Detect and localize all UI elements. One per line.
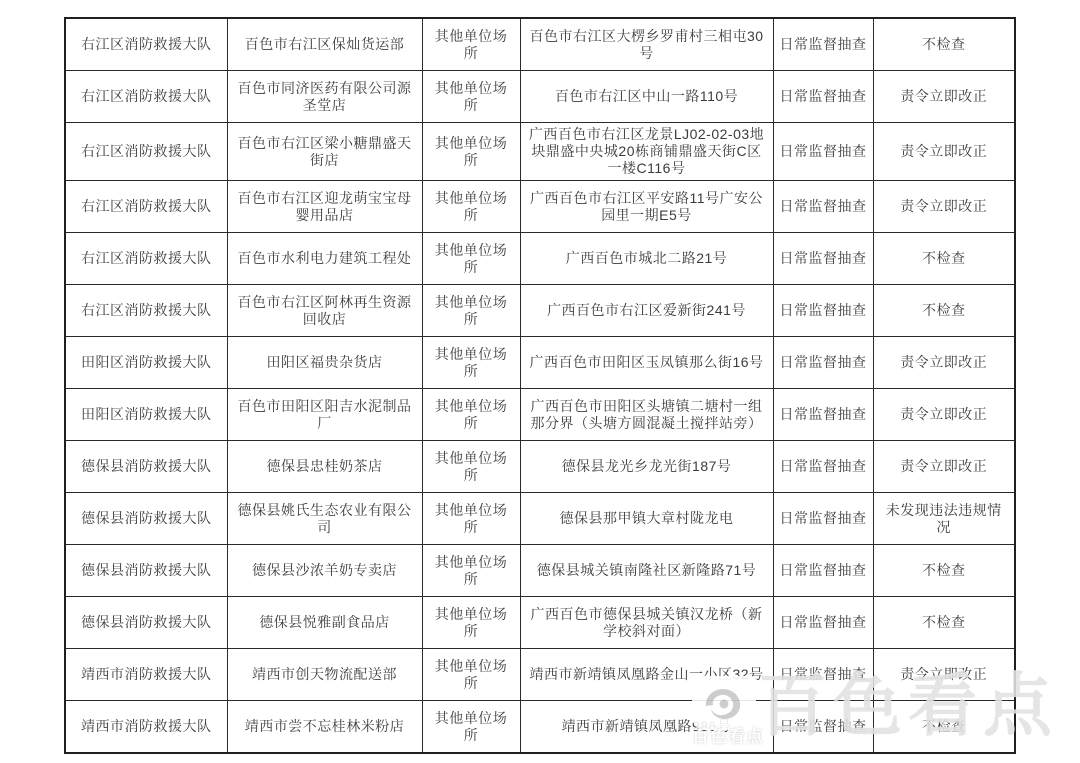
cell-company: 德保县忠桂奶茶店 (227, 441, 422, 493)
table-row: 右江区消防救援大队 百色市右江区阿林再生资源回收店 其他单位场所 广西百色市右江… (65, 285, 1015, 337)
cell-result: 不检查 (873, 701, 1015, 754)
cell-brigade: 右江区消防救援大队 (65, 18, 227, 71)
cell-check-type: 日常监督抽查 (773, 545, 873, 597)
cell-result: 责令立即改正 (873, 71, 1015, 123)
cell-result: 不检查 (873, 597, 1015, 649)
cell-result: 责令立即改正 (873, 441, 1015, 493)
cell-brigade: 德保县消防救援大队 (65, 493, 227, 545)
cell-result: 未发现违法违规情况 (873, 493, 1015, 545)
inspection-table-body: 右江区消防救援大队 百色市右江区保灿货运部 其他单位场所 百色市右江区大楞乡罗甫… (65, 18, 1015, 753)
cell-company: 百色市右江区梁小糖鼎盛天街店 (227, 123, 422, 181)
cell-check-type: 日常监督抽查 (773, 597, 873, 649)
cell-address: 广西百色市右江区龙景LJ02-02-03地块鼎盛中央城20栋商铺鼎盛天街C区一楼… (520, 123, 773, 181)
cell-address: 德保县龙光乡龙光街187号 (520, 441, 773, 493)
cell-company: 德保县悦雅副食品店 (227, 597, 422, 649)
cell-company: 德保县沙浓羊奶专卖店 (227, 545, 422, 597)
table-row: 右江区消防救援大队 百色市右江区保灿货运部 其他单位场所 百色市右江区大楞乡罗甫… (65, 18, 1015, 71)
cell-brigade: 右江区消防救援大队 (65, 181, 227, 233)
cell-brigade: 田阳区消防救援大队 (65, 337, 227, 389)
cell-place-type: 其他单位场所 (422, 233, 520, 285)
cell-brigade: 田阳区消防救援大队 (65, 389, 227, 441)
cell-company: 靖西市创天物流配送部 (227, 649, 422, 701)
fire-inspection-table: 右江区消防救援大队 百色市右江区保灿货运部 其他单位场所 百色市右江区大楞乡罗甫… (64, 17, 1016, 754)
table-row: 德保县消防救援大队 德保县悦雅副食品店 其他单位场所 广西百色市德保县城关镇汉龙… (65, 597, 1015, 649)
cell-place-type: 其他单位场所 (422, 441, 520, 493)
cell-result: 不检查 (873, 285, 1015, 337)
cell-check-type: 日常监督抽查 (773, 441, 873, 493)
cell-result: 责令立即改正 (873, 123, 1015, 181)
cell-result: 不检查 (873, 233, 1015, 285)
cell-company: 百色市右江区迎龙萌宝宝母婴用品店 (227, 181, 422, 233)
cell-check-type: 日常监督抽查 (773, 337, 873, 389)
cell-place-type: 其他单位场所 (422, 545, 520, 597)
cell-brigade: 靖西市消防救援大队 (65, 701, 227, 754)
cell-check-type: 日常监督抽查 (773, 181, 873, 233)
cell-brigade: 德保县消防救援大队 (65, 545, 227, 597)
cell-brigade: 靖西市消防救援大队 (65, 649, 227, 701)
cell-place-type: 其他单位场所 (422, 337, 520, 389)
cell-company: 百色市同济医药有限公司源圣堂店 (227, 71, 422, 123)
table-row: 靖西市消防救援大队 靖西市尝不忘桂林米粉店 其他单位场所 靖西市新靖镇凤凰路98… (65, 701, 1015, 754)
cell-address: 广西百色市城北二路21号 (520, 233, 773, 285)
cell-company: 靖西市尝不忘桂林米粉店 (227, 701, 422, 754)
cell-check-type: 日常监督抽查 (773, 285, 873, 337)
cell-address: 德保县城关镇南隆社区新隆路71号 (520, 545, 773, 597)
table-row: 德保县消防救援大队 德保县沙浓羊奶专卖店 其他单位场所 德保县城关镇南隆社区新隆… (65, 545, 1015, 597)
table-row: 右江区消防救援大队 百色市水利电力建筑工程处 其他单位场所 广西百色市城北二路2… (65, 233, 1015, 285)
table-row: 德保县消防救援大队 德保县姚氏生态农业有限公司 其他单位场所 德保县那甲镇大章村… (65, 493, 1015, 545)
cell-company: 百色市右江区保灿货运部 (227, 18, 422, 71)
table-row: 田阳区消防救援大队 田阳区福贵杂货店 其他单位场所 广西百色市田阳区玉凤镇那么街… (65, 337, 1015, 389)
table-row: 右江区消防救援大队 百色市同济医药有限公司源圣堂店 其他单位场所 百色市右江区中… (65, 71, 1015, 123)
cell-place-type: 其他单位场所 (422, 597, 520, 649)
cell-address: 靖西市新靖镇凤凰路金山一小区32号 (520, 649, 773, 701)
cell-company: 百色市右江区阿林再生资源回收店 (227, 285, 422, 337)
cell-address: 靖西市新靖镇凤凰路986号 (520, 701, 773, 754)
cell-company: 田阳区福贵杂货店 (227, 337, 422, 389)
cell-check-type: 日常监督抽查 (773, 649, 873, 701)
cell-company: 百色市田阳区阳吉水泥制品厂 (227, 389, 422, 441)
cell-address: 广西百色市德保县城关镇汉龙桥（新学校斜对面） (520, 597, 773, 649)
cell-result: 责令立即改正 (873, 181, 1015, 233)
cell-brigade: 右江区消防救援大队 (65, 233, 227, 285)
cell-check-type: 日常监督抽查 (773, 389, 873, 441)
cell-place-type: 其他单位场所 (422, 701, 520, 754)
cell-result: 责令立即改正 (873, 649, 1015, 701)
cell-address: 广西百色市右江区平安路11号广安公园里一期E5号 (520, 181, 773, 233)
table-row: 右江区消防救援大队 百色市右江区迎龙萌宝宝母婴用品店 其他单位场所 广西百色市右… (65, 181, 1015, 233)
cell-brigade: 右江区消防救援大队 (65, 123, 227, 181)
table-row: 右江区消防救援大队 百色市右江区梁小糖鼎盛天街店 其他单位场所 广西百色市右江区… (65, 123, 1015, 181)
cell-place-type: 其他单位场所 (422, 285, 520, 337)
cell-result: 不检查 (873, 18, 1015, 71)
cell-place-type: 其他单位场所 (422, 181, 520, 233)
cell-address: 百色市右江区中山一路110号 (520, 71, 773, 123)
cell-brigade: 右江区消防救援大队 (65, 71, 227, 123)
cell-result: 责令立即改正 (873, 337, 1015, 389)
cell-check-type: 日常监督抽查 (773, 493, 873, 545)
cell-address: 百色市右江区大楞乡罗甫村三相屯30号 (520, 18, 773, 71)
cell-check-type: 日常监督抽查 (773, 701, 873, 754)
cell-check-type: 日常监督抽查 (773, 233, 873, 285)
cell-address: 德保县那甲镇大章村陇龙电 (520, 493, 773, 545)
cell-brigade: 德保县消防救援大队 (65, 597, 227, 649)
cell-result: 责令立即改正 (873, 389, 1015, 441)
cell-company: 百色市水利电力建筑工程处 (227, 233, 422, 285)
cell-address: 广西百色市田阳区玉凤镇那么街16号 (520, 337, 773, 389)
cell-company: 德保县姚氏生态农业有限公司 (227, 493, 422, 545)
cell-place-type: 其他单位场所 (422, 493, 520, 545)
cell-check-type: 日常监督抽查 (773, 123, 873, 181)
table-row: 德保县消防救援大队 德保县忠桂奶茶店 其他单位场所 德保县龙光乡龙光街187号 … (65, 441, 1015, 493)
cell-place-type: 其他单位场所 (422, 649, 520, 701)
cell-place-type: 其他单位场所 (422, 71, 520, 123)
cell-brigade: 右江区消防救援大队 (65, 285, 227, 337)
table-row: 靖西市消防救援大队 靖西市创天物流配送部 其他单位场所 靖西市新靖镇凤凰路金山一… (65, 649, 1015, 701)
cell-address: 广西百色市右江区爱新街241号 (520, 285, 773, 337)
cell-brigade: 德保县消防救援大队 (65, 441, 227, 493)
cell-place-type: 其他单位场所 (422, 389, 520, 441)
cell-place-type: 其他单位场所 (422, 123, 520, 181)
table-row: 田阳区消防救援大队 百色市田阳区阳吉水泥制品厂 其他单位场所 广西百色市田阳区头… (65, 389, 1015, 441)
cell-address: 广西百色市田阳区头塘镇二塘村一组那分界（头塘方圆混凝土搅拌站旁） (520, 389, 773, 441)
cell-place-type: 其他单位场所 (422, 18, 520, 71)
cell-check-type: 日常监督抽查 (773, 71, 873, 123)
cell-result: 不检查 (873, 545, 1015, 597)
cell-check-type: 日常监督抽查 (773, 18, 873, 71)
